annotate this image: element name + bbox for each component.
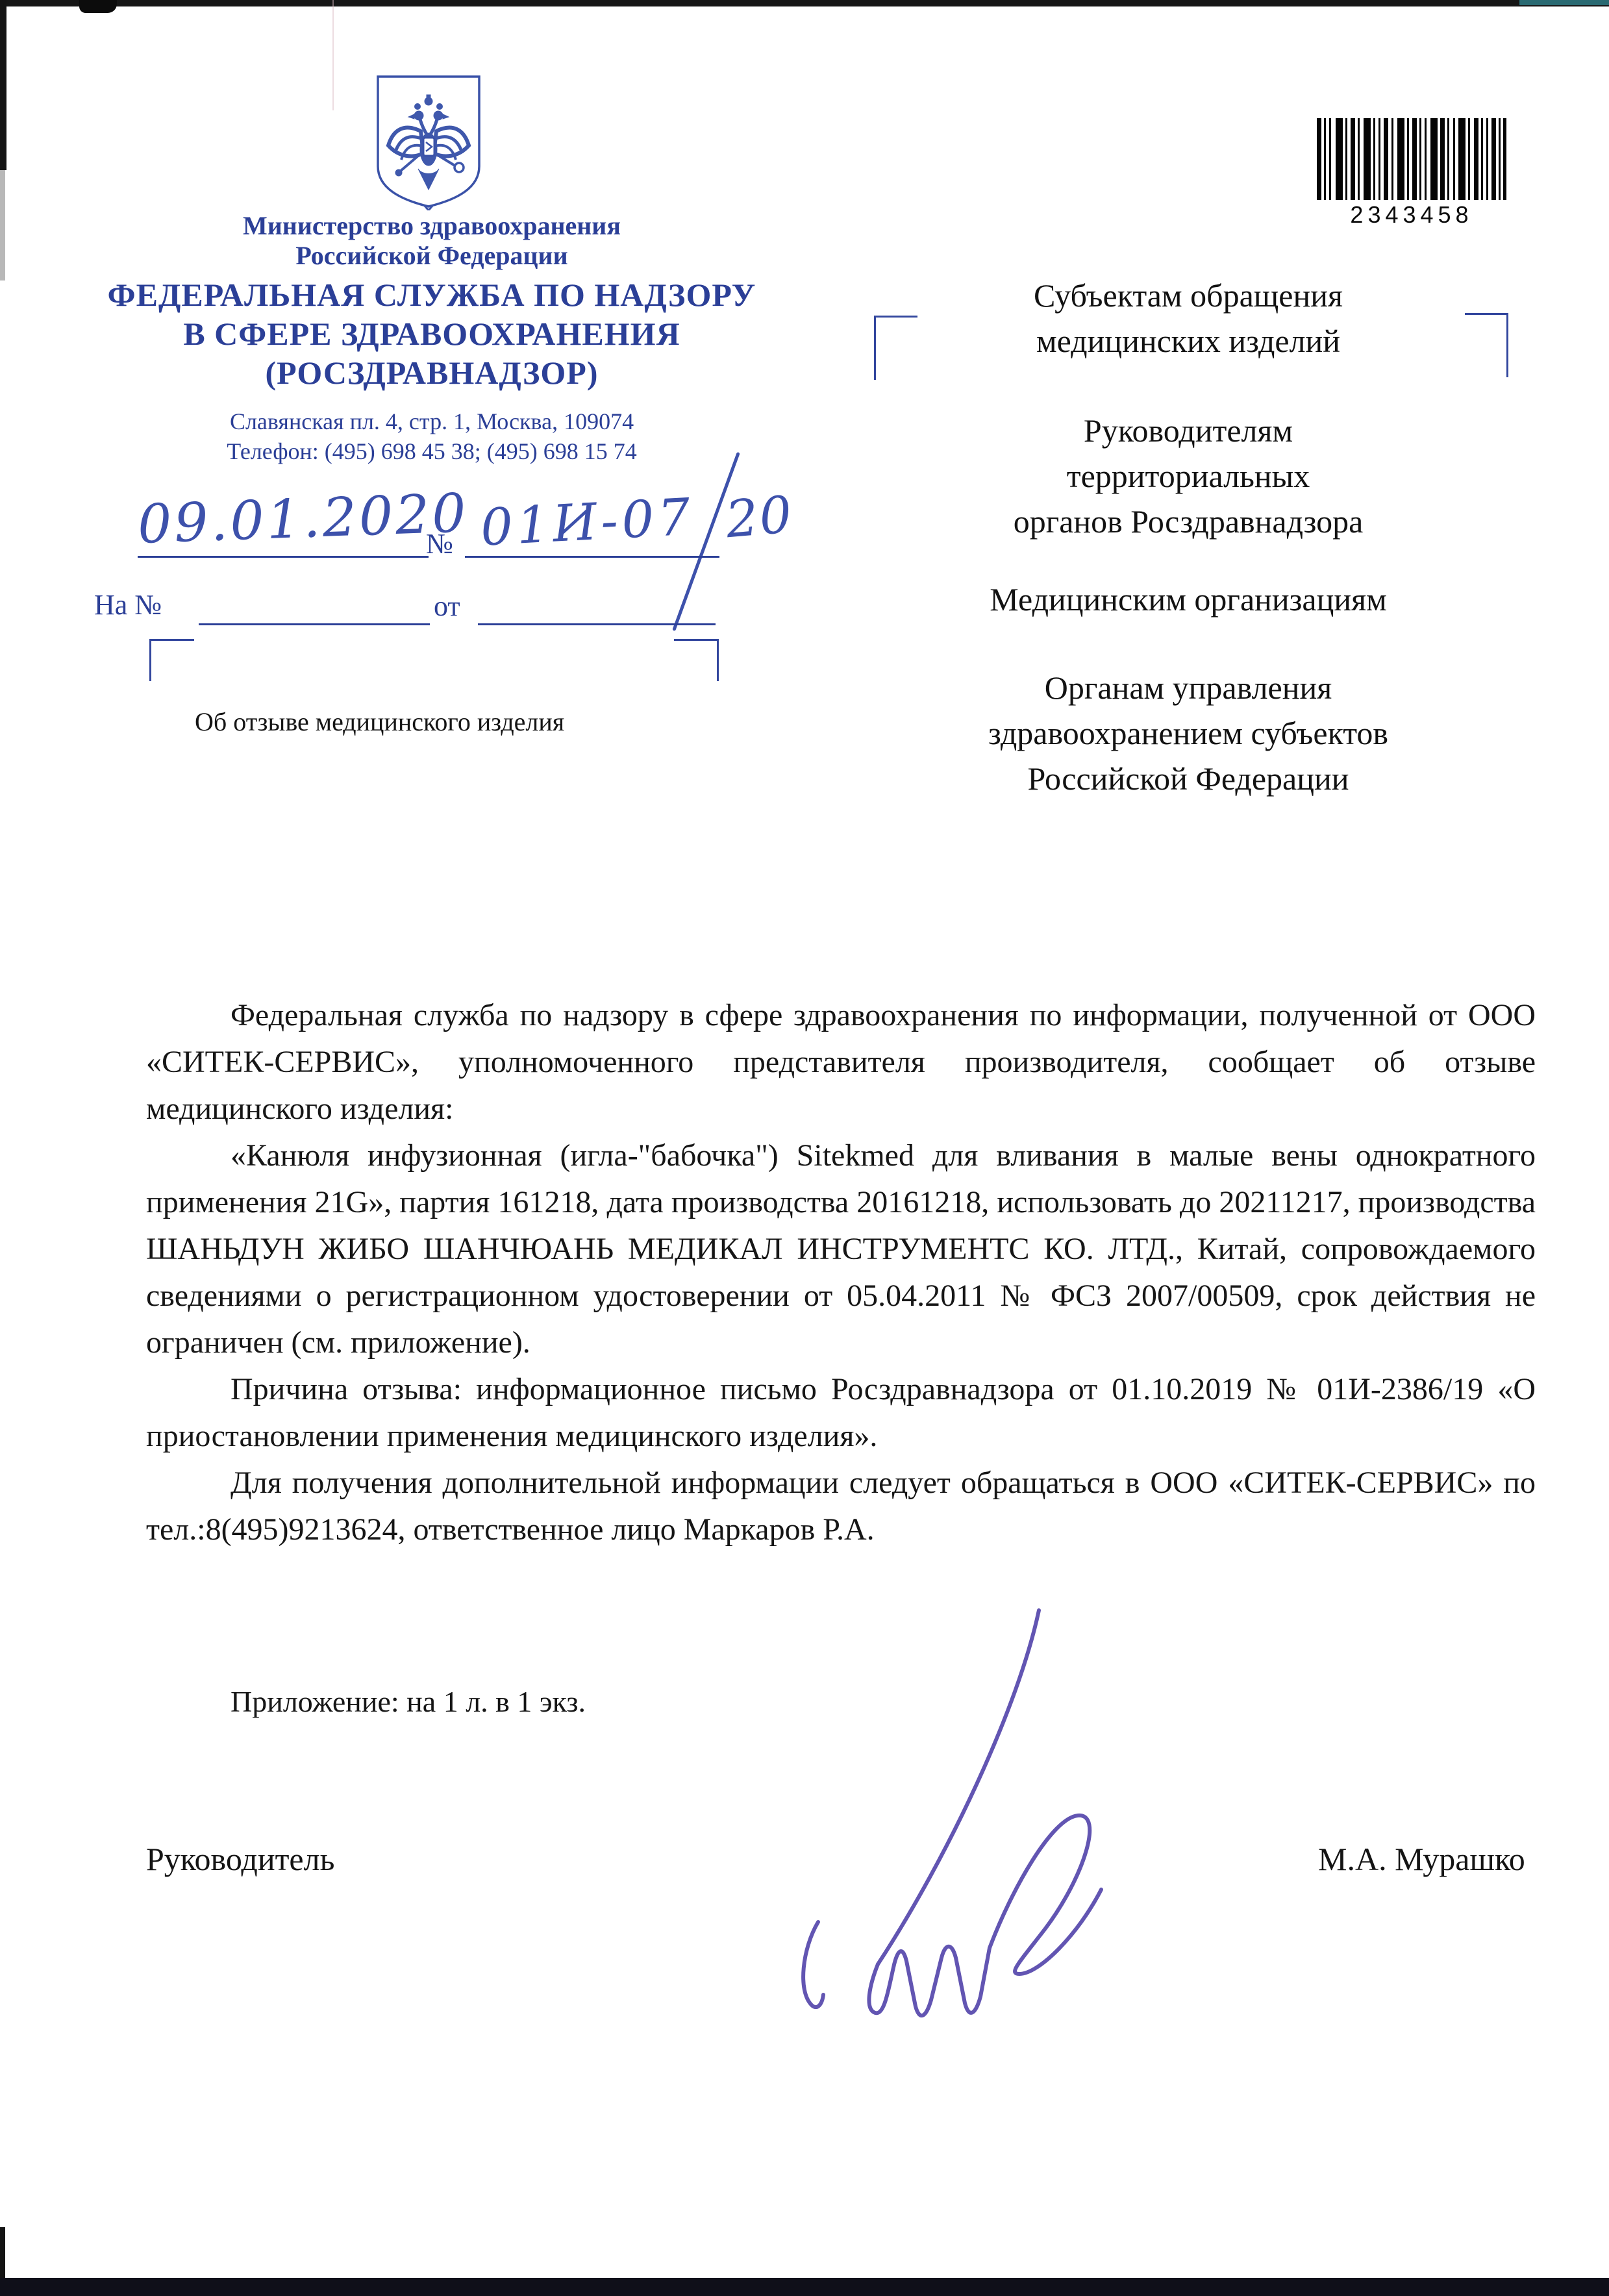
corner-mark-ref-right: [674, 639, 719, 681]
incoming-date-label: от: [434, 590, 460, 623]
scanned-letter-page: Министерство здравоохранения Российской …: [0, 0, 1609, 2296]
scan-artifact-crease: [332, 0, 334, 110]
signer-position: Руководитель: [146, 1840, 334, 1878]
barcode-number: 2343458: [1317, 201, 1506, 229]
handwritten-number-year: 20: [723, 486, 795, 550]
incoming-date-underline: [478, 623, 716, 625]
barcode: [1317, 118, 1506, 203]
scan-artifact-bottom-edge: [0, 2278, 1609, 2296]
recipient-item: Медицинским организациям: [864, 577, 1513, 622]
letter-body: Федеральная служба по надзору в сфере зд…: [146, 992, 1536, 1553]
russia-coat-of-arms-icon: [373, 71, 484, 214]
org-phone: Телефон: (495) 698 45 38; (495) 698 15 7…: [62, 438, 802, 465]
body-paragraph: Причина отзыва: информационное письмо Ро…: [146, 1366, 1536, 1460]
subject-line: Об отзыве медицинского изделия: [195, 706, 564, 737]
signer-name: М.А. Мурашко: [1318, 1840, 1525, 1878]
service-name-line1: ФЕДЕРАЛЬНАЯ СЛУЖБА ПО НАДЗОРУ: [62, 277, 802, 313]
recipient-item: Органам управления здравоохранением субъ…: [864, 665, 1513, 801]
body-paragraph: Федеральная служба по надзору в сфере зд…: [146, 992, 1536, 1132]
scan-artifact-top-edge: [0, 0, 1609, 6]
scan-artifact-blob: [79, 0, 117, 13]
body-paragraph: Для получения дополнительной информации …: [146, 1460, 1536, 1553]
incoming-number-label: На №: [94, 588, 162, 621]
body-paragraph: «Канюля инфузионная (игла-"бабочка") Sit…: [146, 1132, 1536, 1366]
incoming-number-underline: [199, 623, 430, 625]
scan-artifact-left-edge: [0, 0, 6, 170]
recipient-item: Субъектам обращения медицинских изделий: [864, 273, 1513, 364]
handwritten-date: 09.01.2020: [136, 482, 469, 556]
scan-artifact-top-teal: [1519, 0, 1609, 5]
ministry-name-line1: Министерство здравоохранения: [62, 212, 802, 240]
ministry-name-line2: Российской Федерации: [62, 242, 802, 270]
corner-mark-ref-left: [149, 639, 194, 681]
org-address: Славянская пл. 4, стр. 1, Москва, 109074: [62, 408, 802, 435]
handwritten-number: 01И-07: [479, 488, 695, 557]
service-name-line2: В СФЕРЕ ЗДРАВООХРАНЕНИЯ: [62, 316, 802, 352]
scan-artifact-left-fade: [0, 170, 5, 281]
recipient-item: Руководителям территориальных органов Ро…: [864, 408, 1513, 544]
handwritten-signature: [714, 1584, 1182, 2055]
number-underline: [465, 556, 719, 558]
number-sign-label: №: [426, 527, 453, 560]
service-name-line3: (РОСЗДРАВНАДЗОР): [62, 355, 802, 391]
date-underline: [138, 556, 429, 558]
attachment-note: Приложение: на 1 л. в 1 экз.: [231, 1684, 586, 1719]
